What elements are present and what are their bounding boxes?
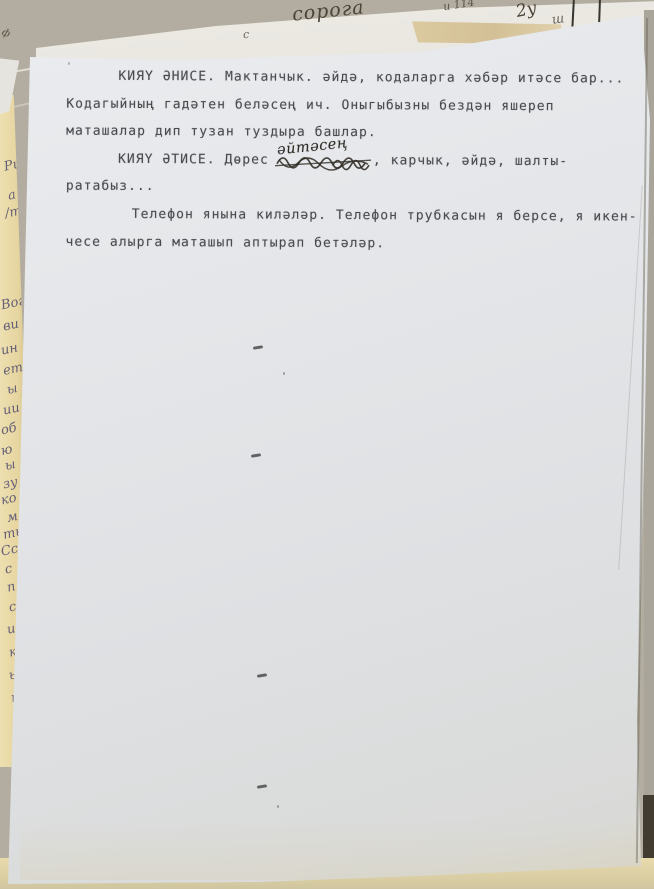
typed-line: КИЯҮ ӘНИСЕ. Мактанчык. әйдә, кодаларга х… <box>66 63 611 93</box>
margin-handwriting-fragment: ы <box>6 381 19 398</box>
margin-handwriting-fragment: ет <box>2 360 25 379</box>
margin-handwriting-fragment: ии <box>2 400 22 418</box>
typed-line: Кодагыйның гадәтен беләсең ич. Оныгыбызн… <box>66 90 611 120</box>
photographed-typescript-page: сорога с и 114 2у ш Ри а /т Вог ви ин ет… <box>0 0 654 889</box>
pen-scribble-strikeout: әйтәсең <box>275 150 373 167</box>
ink-dot <box>68 62 70 65</box>
margin-handwriting-fragment: зу <box>2 475 19 493</box>
margin-handwriting-fragment: ви <box>2 317 21 335</box>
margin-handwriting-fragment: и <box>6 621 17 637</box>
typed-text-block: КИЯҮ ӘНИСЕ. Мактанчык. әйдә, кодаларга х… <box>65 63 611 259</box>
margin-handwriting-fragment: ы <box>4 457 17 474</box>
margin-handwriting-fragment: Вог <box>0 294 26 314</box>
typed-stage-direction-line: чесе алырга маташып аптырап бетәләр. <box>65 228 610 258</box>
ink-dot <box>283 372 285 375</box>
typed-line-with-correction: КИЯҮ ӘТИСЕ. Дөресәйтәсең, карчык, әйдә, … <box>66 145 611 175</box>
margin-handwriting-fragment: а <box>7 187 18 203</box>
typed-line-suffix: , карчык, әйдә, шалты- <box>373 153 568 169</box>
margin-handwriting-fragment: с <box>4 561 14 577</box>
margin-handwriting-fragment: ко <box>0 491 18 509</box>
ink-dot <box>277 805 279 808</box>
margin-handwriting-fragment: ин <box>0 340 19 358</box>
typed-line: ратабыз... <box>66 173 611 203</box>
top-handwriting-fragment: с <box>243 28 250 41</box>
margin-handwriting-fragment: п <box>6 579 17 595</box>
margin-handwriting-fragment: Ри <box>3 156 23 174</box>
margin-handwriting-fragment: об <box>0 421 18 439</box>
typed-stage-direction-line: Телефон янына киләләр. Телефон трубкасын… <box>66 201 611 231</box>
corner-handwriting-fragment: ф <box>0 27 11 40</box>
typed-line-prefix: КИЯҮ ӘТИСЕ. Дөрес <box>118 152 269 168</box>
margin-handwriting-fragment: м <box>6 509 20 526</box>
background-dark-edge <box>643 795 654 867</box>
margin-handwriting-fragment: /т <box>4 203 23 221</box>
margin-handwriting-fragment: Сс <box>0 541 20 559</box>
